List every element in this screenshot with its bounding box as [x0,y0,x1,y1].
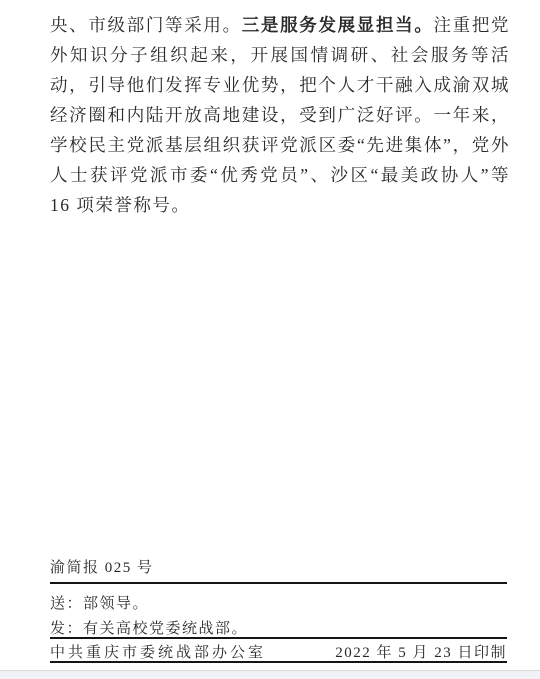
body-paragraph: 央、市级部门等采用。三是服务发展显担当。注重把党外知识分子组织起来，开展国情调研… [50,10,510,220]
separator-line-top [50,582,507,584]
footer-send-line: 送：部领导。 [50,592,507,613]
separator-line-bottom [50,661,507,663]
footer-distribution-line: 发：有关高校党委统战部。 [50,617,507,638]
bulletin-issue-number: 渝简报 025 号 [50,556,507,577]
paragraph-segment-after-bold: 注重把党外知识分子组织起来，开展国情调研、社会服务等活动，引导他们发挥专业优势，… [50,15,510,215]
separator-line-middle [50,637,507,639]
paragraph-segment-before-bold: 央、市级部门等采用。 [50,15,242,35]
document-page: 央、市级部门等采用。三是服务发展显担当。注重把党外知识分子组织起来，开展国情调研… [0,0,540,679]
issuing-office: 中共重庆市委统战部办公室 [50,641,266,662]
document-body: 央、市级部门等采用。三是服务发展显担当。注重把党外知识分子组织起来，开展国情调研… [50,10,510,220]
print-date: 2022 年 5 月 23 日印制 [335,641,507,662]
viewer-background-band [0,670,540,679]
paragraph-segment-bold: 三是服务发展显担当。 [242,15,434,35]
footer-imprint-row: 中共重庆市委统战部办公室 2022 年 5 月 23 日印制 [50,641,507,662]
